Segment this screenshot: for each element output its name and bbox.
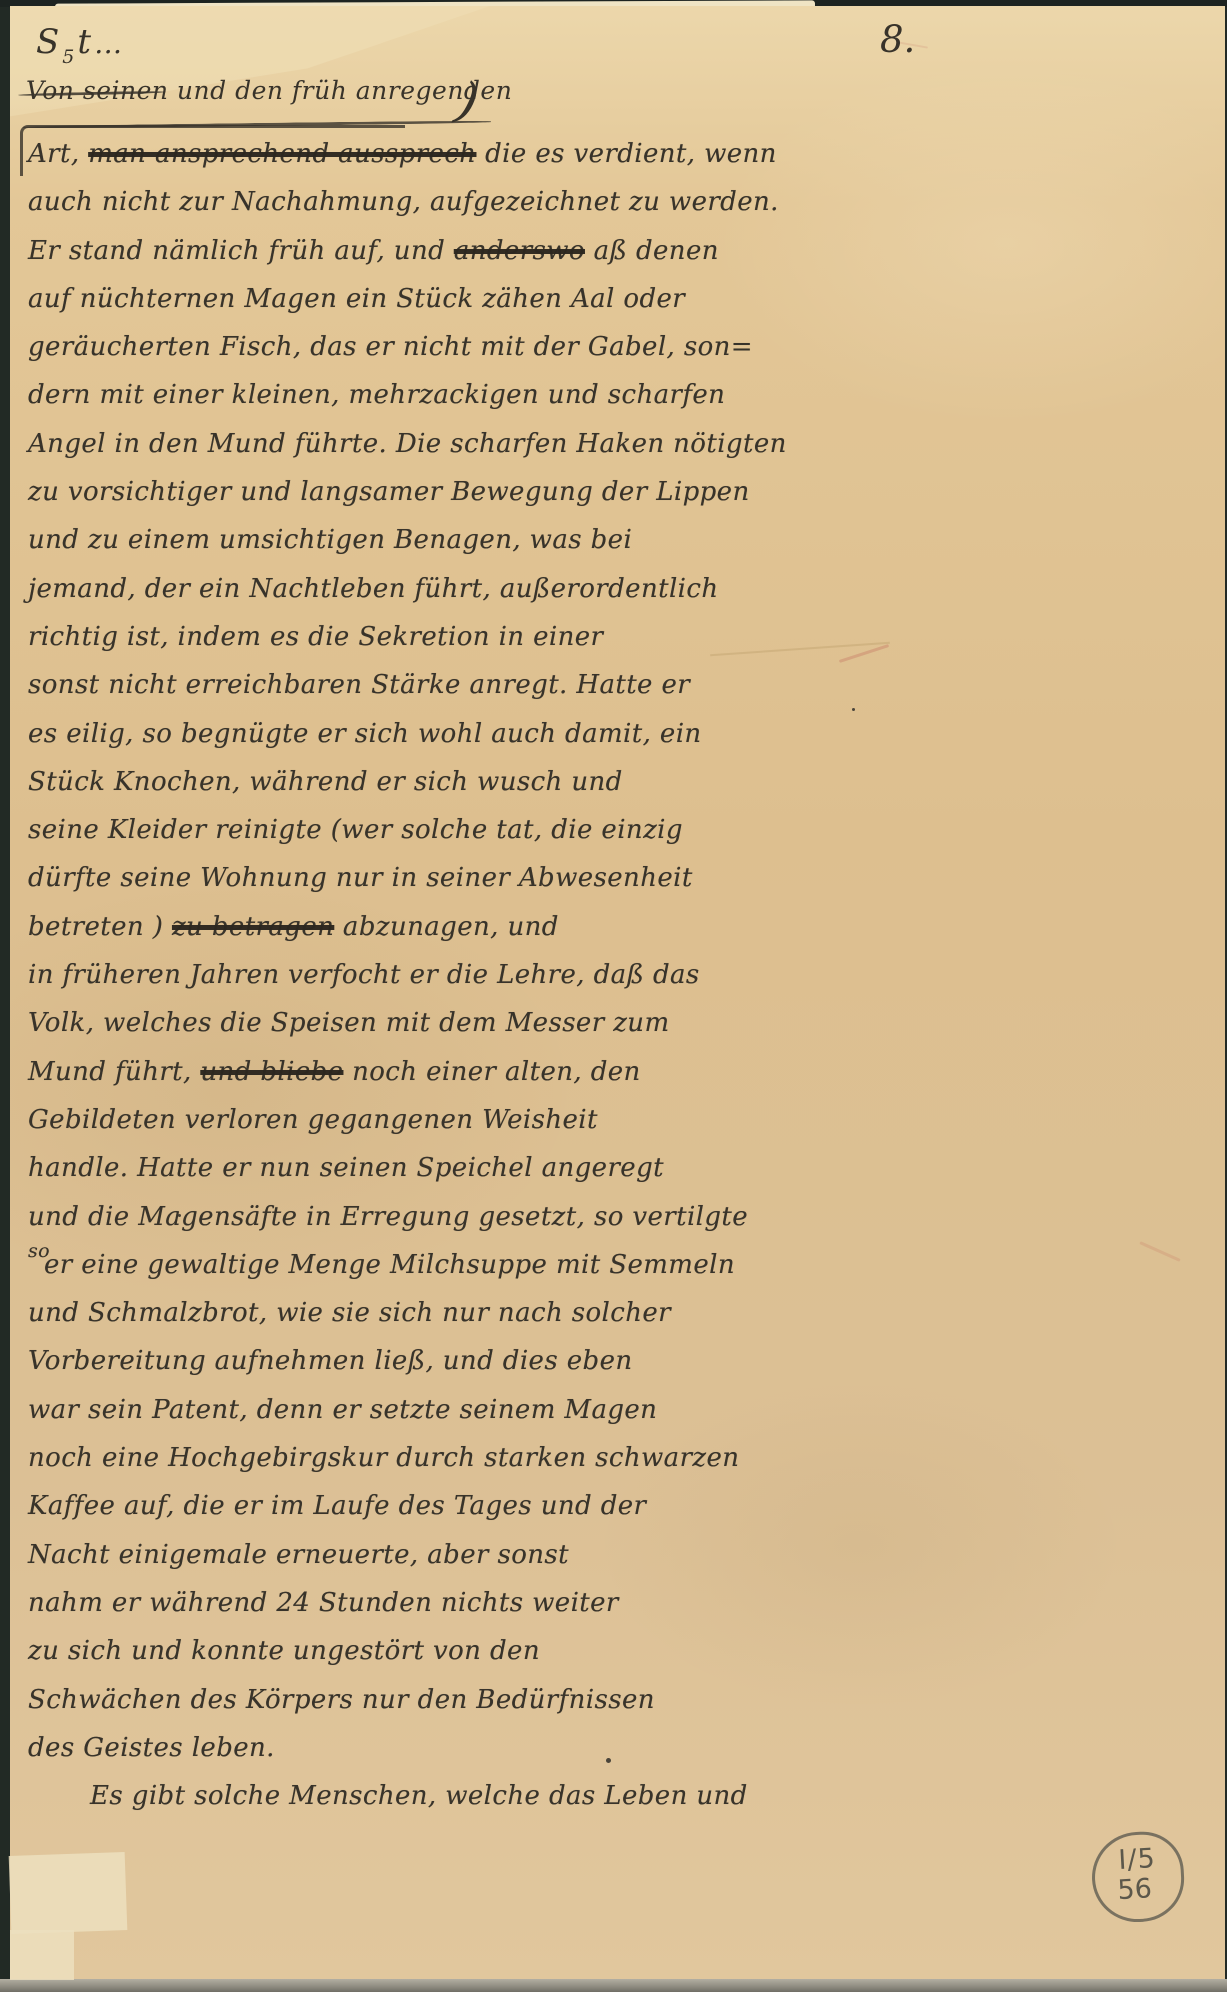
handwritten-text: Er stand nämlich früh auf, und: [28, 236, 454, 266]
archive-stamp-circle: I/5 56: [1090, 1830, 1187, 1925]
handwritten-text: und Schmalzbrot, wie sie sich nur nach s…: [28, 1298, 671, 1328]
handwritten-text: noch einer alten, den: [343, 1057, 640, 1087]
manuscript-line: noch eine Hochgebirgskur durch starken s…: [28, 1434, 988, 1482]
handwritten-text: Vorbereitung aufnehmen ließ, und dies eb…: [28, 1346, 633, 1376]
handwritten-text: zu vorsichtiger und langsamer Bewegung d…: [28, 477, 750, 507]
manuscript-line: Art, man ansprechend aussprech die es ve…: [28, 130, 988, 178]
handwritten-text: war sein Patent, denn er setzte seinem M…: [28, 1395, 657, 1425]
handwritten-text: auf nüchternen Magen ein Stück zähen Aal…: [28, 284, 685, 314]
handwritten-text: Angel in den Mund führte. Die scharfen H…: [28, 429, 787, 459]
handwritten-text: geräucherten Fisch, das er nicht mit der…: [28, 332, 753, 362]
handwritten-text: Volk, welches die Speisen mit dem Messer…: [28, 1008, 670, 1038]
manuscript-line: und die Magensäfte in Erregung gesetzt, …: [28, 1193, 988, 1241]
manuscript-line: soer eine gewaltige Menge Milchsuppe mit…: [28, 1241, 988, 1289]
manuscript-line: des Geistes leben.: [28, 1724, 988, 1772]
manuscript-line: nahm er während 24 Stunden nichts weiter: [28, 1579, 988, 1627]
manuscript-line: Angel in den Mund führte. Die scharfen H…: [28, 420, 988, 468]
manuscript-line: Gebildeten verloren gegangenen Weisheit: [28, 1096, 988, 1144]
manuscript-line: betreten ) zu betragen abzunagen, und: [28, 903, 988, 951]
manuscript-line: zu vorsichtiger und langsamer Bewegung d…: [28, 468, 988, 516]
crossed-out-text: und bliebe: [200, 1057, 343, 1087]
handwritten-text: in früheren Jahren verfocht er die Lehre…: [28, 960, 700, 990]
crossed-out-text: anderswo: [454, 236, 585, 266]
manuscript-scan: { "scan": { "page_number": "8.", "corner…: [0, 0, 1227, 1992]
manuscript-line: auf nüchternen Magen ein Stück zähen Aal…: [28, 275, 988, 323]
manuscript-line: Mund führt, und bliebe noch einer alten,…: [28, 1048, 988, 1096]
manuscript-line: Kaffee auf, die er im Laufe des Tages un…: [28, 1482, 988, 1530]
handwritten-text: Mund führt,: [28, 1057, 200, 1087]
handwritten-text: Schwächen des Körpers nur den Bedürfniss…: [28, 1685, 655, 1715]
corner-mark-subscript: 5: [62, 46, 77, 68]
corner-mark: S5t…: [36, 22, 128, 68]
handwritten-text: und zu einem umsichtigen Benagen, was be…: [28, 525, 632, 555]
handwritten-text: die es verdient, wenn: [476, 139, 776, 169]
tape-patch: [10, 1930, 74, 1980]
handwritten-text: sonst nicht erreichbaren Stärke anregt. …: [28, 670, 690, 700]
manuscript-line: Volk, welches die Speisen mit dem Messer…: [28, 999, 988, 1047]
page-number: 8.: [880, 18, 915, 61]
handwritten-text: handle. Hatte er nun seinen Speichel ang…: [28, 1153, 664, 1183]
manuscript-line: sonst nicht erreichbaren Stärke anregt. …: [28, 661, 988, 709]
manuscript-body: Art, man ansprechend aussprech die es ve…: [28, 130, 988, 1820]
manuscript-line: dürfte seine Wohnung nur in seiner Abwes…: [28, 854, 988, 902]
handwritten-text: es eilig, so begnügte er sich wohl auch …: [28, 719, 702, 749]
manuscript-line: und Schmalzbrot, wie sie sich nur nach s…: [28, 1289, 988, 1337]
handwritten-text: jemand, der ein Nachtleben führt, außero…: [28, 574, 719, 604]
handwritten-text: richtig ist, indem es die Sekretion in e…: [28, 622, 603, 652]
handwritten-text: noch eine Hochgebirgskur durch starken s…: [28, 1443, 739, 1473]
manuscript-line: Schwächen des Körpers nur den Bedürfniss…: [28, 1676, 988, 1724]
manuscript-line: handle. Hatte er nun seinen Speichel ang…: [28, 1144, 988, 1192]
handwritten-text: aß denen: [585, 236, 719, 266]
manuscript-line: dern mit einer kleinen, mehrzackigen und…: [28, 371, 988, 419]
manuscript-line: seine Kleider reinigte (wer solche tat, …: [28, 806, 988, 854]
corner-mark-letter: S: [36, 22, 62, 62]
heading-line: Von seinen und den früh anregenden: [26, 76, 512, 105]
handwritten-text: Stück Knochen, während er sich wusch und: [28, 767, 623, 797]
interlinear-insertion: so: [28, 1240, 50, 1262]
corner-mark-rest: t: [77, 22, 94, 62]
handwritten-text: Nacht einigemale erneuerte, aber sonst: [28, 1540, 569, 1570]
handwritten-text: betreten ): [28, 912, 172, 942]
crossed-out-text: man ansprechend aussprech: [88, 139, 476, 169]
manuscript-line: war sein Patent, denn er setzte seinem M…: [28, 1386, 988, 1434]
handwritten-text: zu sich und konnte ungestört von den: [28, 1636, 540, 1666]
scan-edge-bottom: [0, 1979, 1227, 1992]
handwritten-text: Art,: [28, 139, 88, 169]
crossed-out-text: zu betragen: [172, 912, 334, 942]
handwritten-text: abzunagen, und: [334, 912, 559, 942]
manuscript-line: richtig ist, indem es die Sekretion in e…: [28, 613, 988, 661]
handwritten-text: dürfte seine Wohnung nur in seiner Abwes…: [28, 863, 693, 893]
handwritten-text: dern mit einer kleinen, mehrzackigen und…: [28, 380, 725, 410]
archive-stamp-bottom: 56: [1087, 1873, 1182, 1908]
manuscript-line: Es gibt solche Menschen, welche das Lebe…: [28, 1772, 988, 1820]
manuscript-line: es eilig, so begnügte er sich wohl auch …: [28, 710, 988, 758]
archive-stamp-top: I/5: [1093, 1843, 1180, 1877]
manuscript-line: Er stand nämlich früh auf, und anderswo …: [28, 227, 988, 275]
handwritten-text: seine Kleider reinigte (wer solche tat, …: [28, 815, 683, 845]
manuscript-line: Vorbereitung aufnehmen ließ, und dies eb…: [28, 1337, 988, 1385]
corner-mark-dots: …: [94, 27, 128, 60]
tape-patch: [9, 1852, 128, 1934]
handwritten-text: er eine gewaltige Menge Milchsuppe mit S…: [44, 1250, 735, 1280]
manuscript-line: Stück Knochen, während er sich wusch und: [28, 758, 988, 806]
handwritten-text: Kaffee auf, die er im Laufe des Tages un…: [28, 1491, 646, 1521]
red-scratch: [1139, 1241, 1180, 1262]
manuscript-line: geräucherten Fisch, das er nicht mit der…: [28, 323, 988, 371]
manuscript-line: auch nicht zur Nachahmung, aufgezeichnet…: [28, 178, 988, 226]
manuscript-line: Nacht einigemale erneuerte, aber sonst: [28, 1531, 988, 1579]
handwritten-text: nahm er während 24 Stunden nichts weiter: [28, 1588, 619, 1618]
handwritten-text: und die Magensäfte in Erregung gesetzt, …: [28, 1202, 748, 1232]
manuscript-line: in früheren Jahren verfocht er die Lehre…: [28, 951, 988, 999]
handwritten-text: des Geistes leben.: [28, 1733, 275, 1763]
manuscript-line: jemand, der ein Nachtleben führt, außero…: [28, 565, 988, 613]
handwritten-text: Es gibt solche Menschen, welche das Lebe…: [90, 1781, 748, 1811]
handwritten-text: auch nicht zur Nachahmung, aufgezeichnet…: [28, 187, 779, 217]
manuscript-line: und zu einem umsichtigen Benagen, was be…: [28, 516, 988, 564]
paper-sheet: S5t… 8. Von seinen und den früh anregend…: [10, 6, 1225, 1979]
handwritten-text: Gebildeten verloren gegangenen Weisheit: [28, 1105, 598, 1135]
manuscript-line: zu sich und konnte ungestört von den: [28, 1627, 988, 1675]
